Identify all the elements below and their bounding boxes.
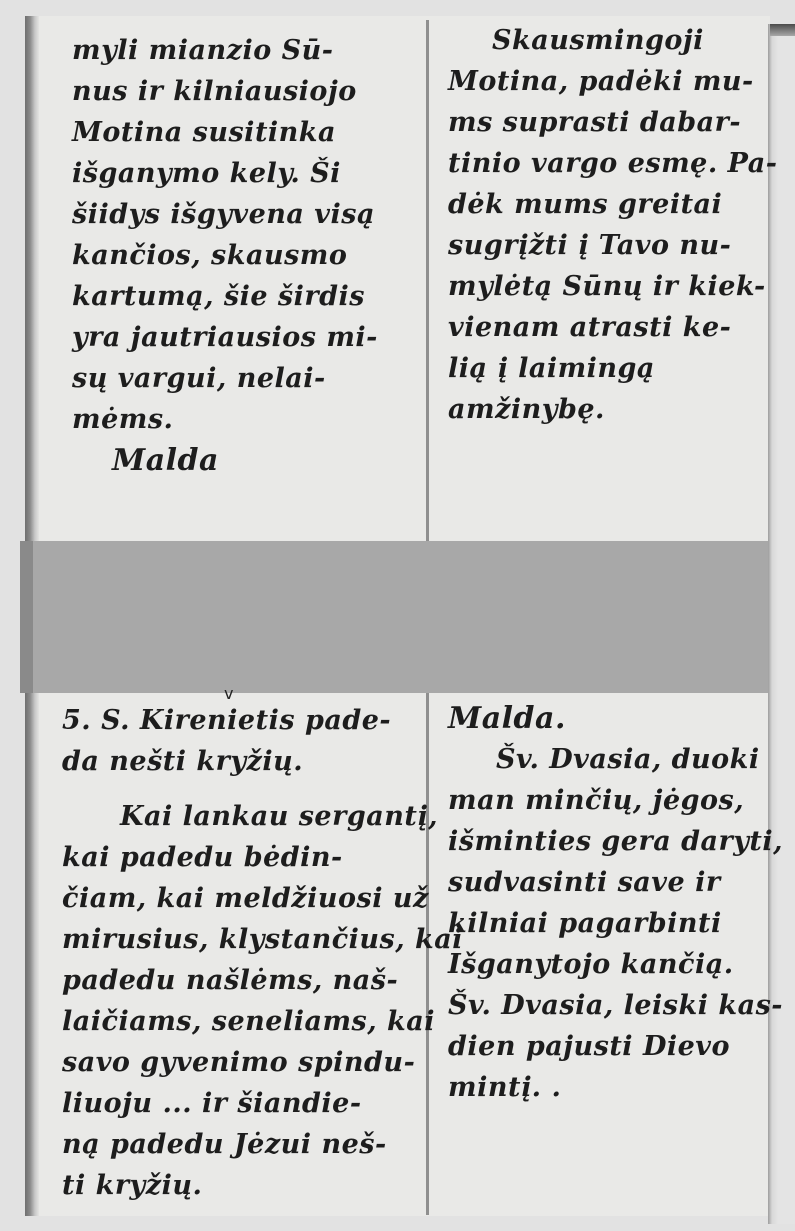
text-line: išminties gera daryti, <box>448 821 768 862</box>
text-line: mirusius, klystančius, kai <box>62 919 417 960</box>
text-line: Skausmingoji <box>448 20 768 61</box>
page-corner-shadow <box>770 24 795 36</box>
text-line: mylėtą Sūnų ir kiek- <box>448 266 768 307</box>
text-line: man minčių, jėgos, <box>448 780 768 821</box>
text-line: dėk mums greitai <box>448 184 768 225</box>
text-line: amžinybę. <box>448 389 768 430</box>
text-line: Išganytojo kančią. <box>448 944 768 985</box>
text-line: savo gyvenimo spindu- <box>62 1042 417 1083</box>
text-line: laičiams, seneliams, kai <box>62 1001 417 1042</box>
text-line: kai padedu bėdin- <box>62 837 417 878</box>
text-line: lią į laimingą <box>448 348 768 389</box>
text-line: myli mianzio Sū- <box>72 30 417 71</box>
text-line: ti kryžių. <box>62 1165 417 1206</box>
text-line: yra jautriausios mi- <box>72 317 417 358</box>
top-right-column: Skausmingoji Motina, padėki mu- ms supra… <box>448 20 768 430</box>
text-line: ną padedu Jėzui neš- <box>62 1124 417 1165</box>
text-line: kartumą, šie širdis <box>72 276 417 317</box>
top-left-column: myli mianzio Sū- nus ir kilniausiojo Mot… <box>72 30 417 481</box>
gray-band-separator <box>33 541 768 693</box>
text-line: padedu našlėms, naš- <box>62 960 417 1001</box>
text-line: Šv. Dvasia, duoki <box>448 739 768 780</box>
text-line: dien pajusti Dievo <box>448 1026 768 1067</box>
page-right-edge <box>768 24 795 1224</box>
station-title-line: 5. S. Kirenietis pade- <box>62 700 417 741</box>
text-line: sugrįžti į Tavo nu- <box>448 225 768 266</box>
text-line: ms suprasti dabar- <box>448 102 768 143</box>
text-line: nus ir kilniausiojo <box>72 71 417 112</box>
text-line: kilniai pagarbinti <box>448 903 768 944</box>
text-line: sų vargui, nelai- <box>72 358 417 399</box>
text-line: vienam atrasti ke- <box>448 307 768 348</box>
prayer-heading: Malda <box>72 440 417 481</box>
text-line: Kai lankau sergantį, <box>62 796 417 837</box>
text-line: mintį. . <box>448 1067 768 1108</box>
text-line: kančios, skausmo <box>72 235 417 276</box>
text-line: Motina, padėki mu- <box>448 61 768 102</box>
text-line: mėms. <box>72 399 417 440</box>
station-title-line: da nešti kryžių. <box>62 741 417 782</box>
text-line: išganymo kely. Ši <box>72 153 417 194</box>
text-line: sudvasinti save ir <box>448 862 768 903</box>
bottom-left-column: 5. S. Kirenietis pade- da nešti kryžių. … <box>62 700 417 1206</box>
text-line: šiidys išgyvena visą <box>72 194 417 235</box>
bottom-right-column: Malda. Šv. Dvasia, duoki man minčių, jėg… <box>448 698 768 1108</box>
prayer-heading: Malda. <box>448 698 768 739</box>
text-line: tinio vargo esmę. Pa- <box>448 143 768 184</box>
text-line: čiam, kai meldžiuosi už <box>62 878 417 919</box>
text-line: Šv. Dvasia, leiski kas- <box>448 985 768 1026</box>
text-line: liuoju ... ir šiandie- <box>62 1083 417 1124</box>
text-line: Motina susitinka <box>72 112 417 153</box>
